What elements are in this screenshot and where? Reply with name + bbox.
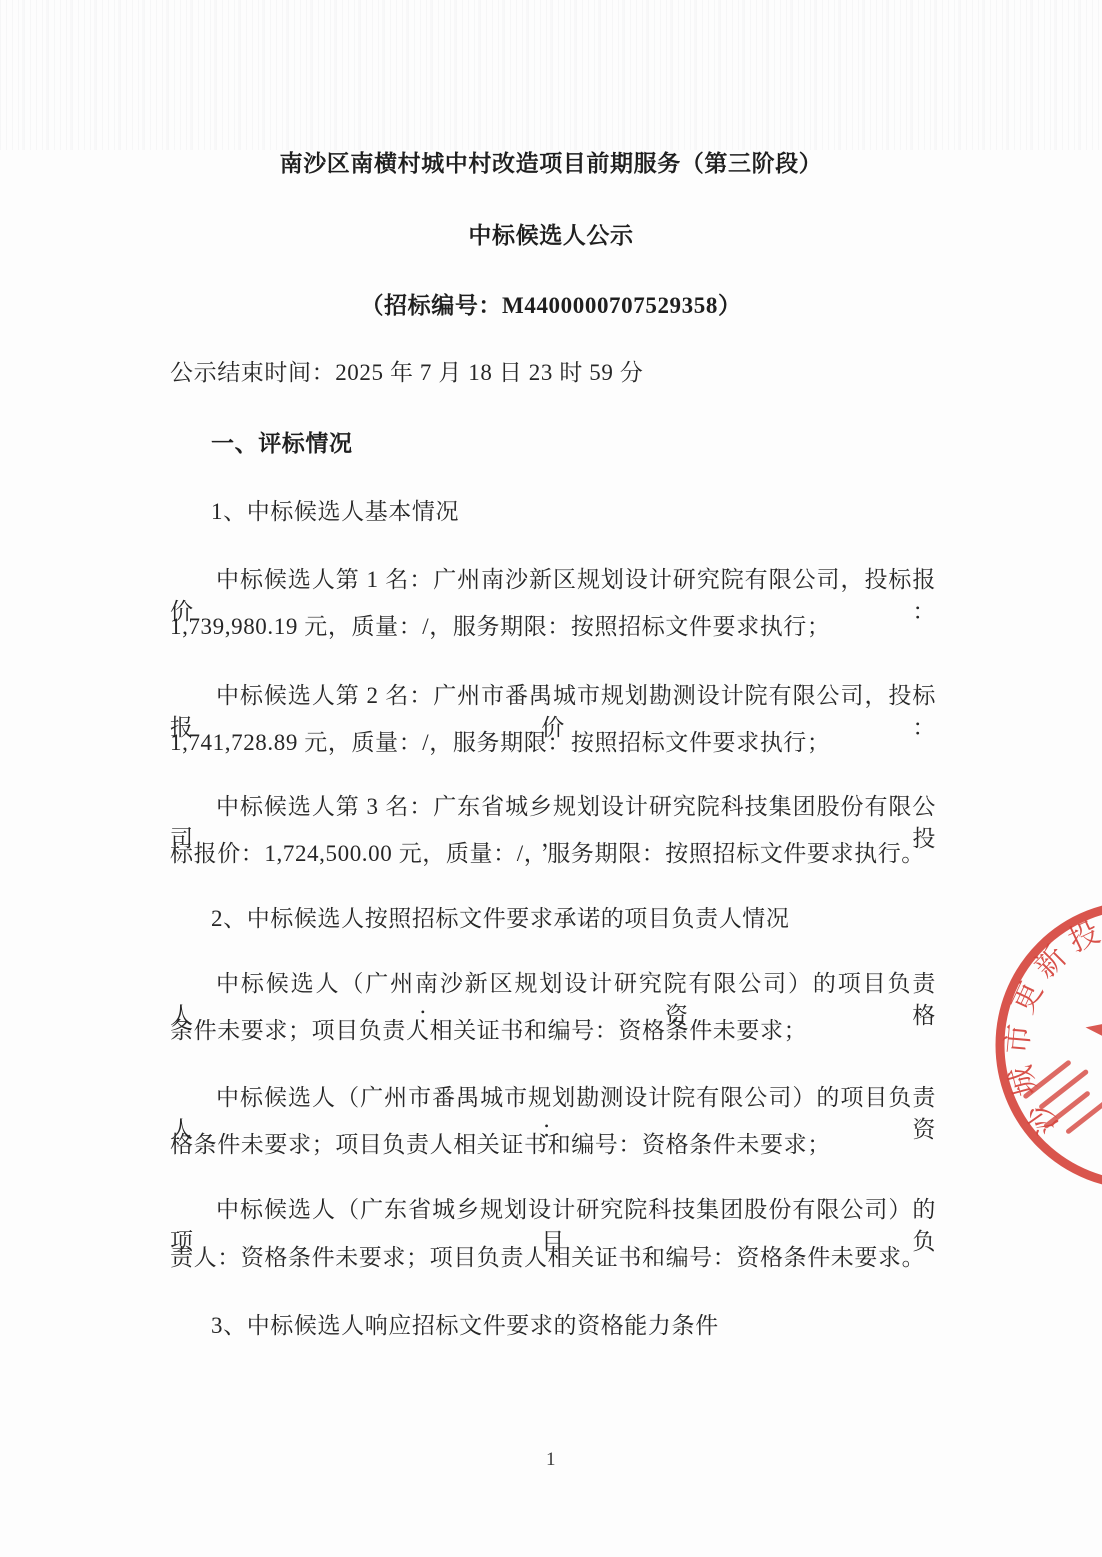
doc-title-line2: 中标候选人公示 bbox=[0, 220, 1102, 252]
subheading-candidates-basic: 1、中标候选人基本情况 bbox=[170, 496, 936, 528]
document-page: 南沙区南横村城中村改造项目前期服务（第三阶段） 中标候选人公示 （招标编号：M4… bbox=[0, 0, 1102, 1557]
star-icon bbox=[1079, 972, 1102, 1088]
subheading-qualification: 3、中标候选人响应招标文件要求的资格能力条件 bbox=[170, 1310, 936, 1342]
doc-title-line1: 南沙区南横村城中村改造项目前期服务（第三阶段） bbox=[0, 148, 1102, 180]
tender-number-line: （招标编号：M4400000707529358） bbox=[0, 290, 1102, 322]
leader-para3-line2: 责人：资格条件未要求；项目负责人相关证书和编号：资格条件未要求。 bbox=[170, 1242, 936, 1274]
subheading-project-leader: 2、中标候选人按照招标文件要求承诺的项目负责人情况 bbox=[170, 903, 936, 935]
leader-para2-line2: 格条件未要求；项目负责人相关证书和编号：资格条件未要求； bbox=[170, 1129, 936, 1161]
red-round-seal: 沙城市更新投资 bbox=[975, 880, 1102, 1210]
candidate2-line2: 1,741,728.89 元，质量：/，服务期限：按照招标文件要求执行； bbox=[170, 727, 936, 759]
leader-para1-line2: 条件未要求；项目负责人相关证书和编号：资格条件未要求； bbox=[170, 1015, 936, 1047]
section-heading-evaluation: 一、评标情况 bbox=[170, 428, 936, 460]
candidate1-line2: 1,739,980.19 元，质量：/，服务期限：按照招标文件要求执行； bbox=[170, 611, 936, 643]
page-number: 1 bbox=[0, 1444, 1102, 1476]
candidate3-line2: 标报价：1,724,500.00 元，质量：/，服务期限：按照招标文件要求执行。 bbox=[170, 838, 936, 870]
publicity-deadline-line: 公示结束时间：2025 年 7 月 18 日 23 时 59 分 bbox=[170, 357, 936, 389]
